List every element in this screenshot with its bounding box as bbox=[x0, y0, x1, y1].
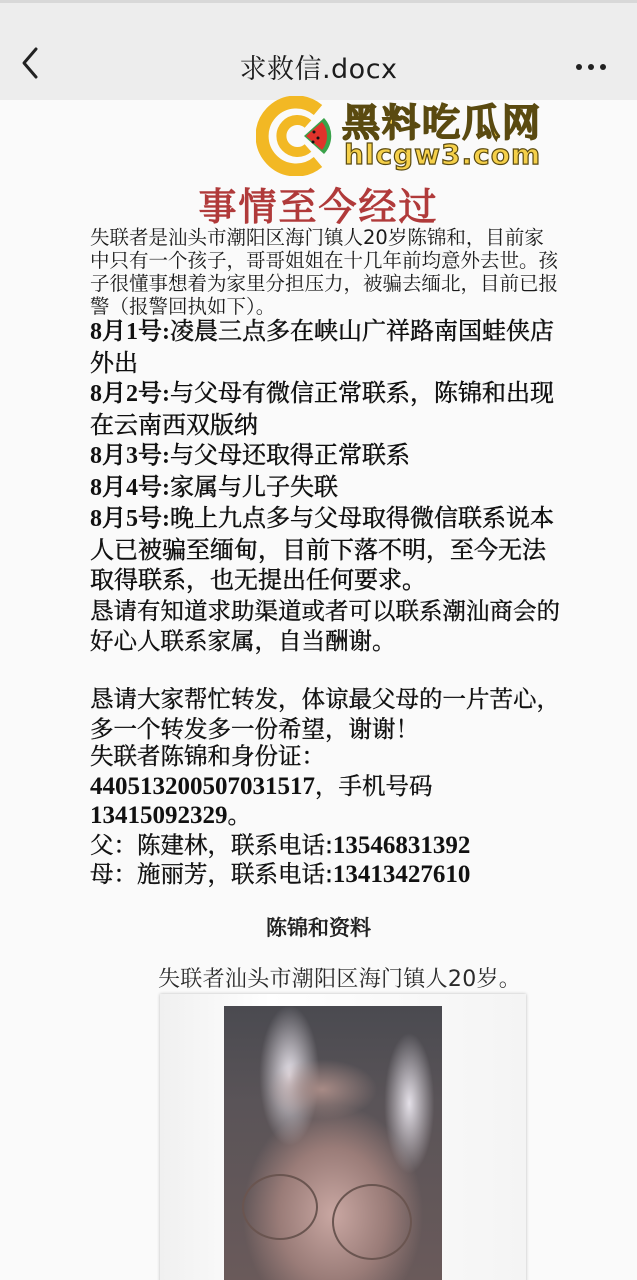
phone-line: 13415092329。 bbox=[90, 801, 570, 831]
watermelon-logo-icon bbox=[256, 96, 336, 176]
document-title: 求救信.docx bbox=[0, 47, 637, 86]
missing-person-phone: 13415092329 bbox=[90, 802, 228, 829]
photo-frame bbox=[160, 994, 526, 1280]
timeline: 8月1号:凌晨三点多在峡山广祥路南国蛙侠店外出 8月2号:与父母有微信正常联系，… bbox=[90, 316, 560, 596]
document-heading: 事情至今经过 bbox=[0, 176, 637, 231]
glasses-right bbox=[332, 1184, 412, 1260]
missing-person-photo bbox=[224, 1006, 442, 1280]
more-options-button[interactable] bbox=[573, 55, 613, 75]
timeline-item: 8月3号:与父母还取得正常联系 bbox=[90, 440, 560, 472]
top-navigation-bar: 求救信.docx bbox=[0, 0, 637, 100]
watermark: 黑料吃瓜网 hlcgw3.com bbox=[256, 92, 556, 180]
more-dots-icon bbox=[576, 64, 582, 70]
contact-info: 失联者陈锦和身份证： 440513200507031517，手机号码 13415… bbox=[90, 742, 570, 890]
appeal-paragraph-2: 恳请大家帮忙转发，体谅最父母的一片苦心，多一个转发多一份希望，谢谢！ bbox=[90, 684, 560, 744]
timeline-item: 8月1号:凌晨三点多在峡山广祥路南国蛙侠店外出 bbox=[90, 316, 560, 378]
appeal-paragraph-1: 恳请有知道求助渠道或者可以联系潮汕商会的好心人联系家属，自当酬谢。 bbox=[90, 596, 560, 656]
timeline-item: 8月4号:家属与儿子失联 bbox=[90, 472, 560, 504]
profile-caption: 失联者汕头市潮阳区海门镇人20岁。 bbox=[158, 962, 538, 993]
id-label: 失联者陈锦和身份证： bbox=[90, 742, 570, 772]
id-line: 440513200507031517，手机号码 bbox=[90, 772, 570, 802]
timeline-item: 8月2号:与父母有微信正常联系，陈锦和出现在云南西双版纳 bbox=[90, 378, 560, 440]
id-number: 440513200507031517 bbox=[90, 773, 315, 800]
intro-paragraph: 失联者是汕头市潮阳区海门镇人20岁陈锦和，目前家中只有一个孩子，哥哥姐姐在十几年… bbox=[90, 226, 560, 318]
father-contact: 父：陈建林，联系电话:13546831392 bbox=[90, 831, 570, 861]
timeline-item: 8月5号:晚上九点多与父母取得微信联系说本人已被骗至缅甸，目前下落不明，至今无法… bbox=[90, 503, 560, 596]
mother-phone: 13413427610 bbox=[333, 861, 471, 888]
profile-title: 陈锦和资料 bbox=[0, 912, 637, 942]
more-dots-icon bbox=[600, 64, 606, 70]
father-phone: 13546831392 bbox=[333, 832, 471, 859]
more-dots-icon bbox=[588, 64, 594, 70]
mother-contact: 母：施丽芳，联系电话:13413427610 bbox=[90, 860, 570, 890]
watermark-url: hlcgw3.com bbox=[344, 138, 541, 171]
glasses-left bbox=[242, 1174, 318, 1240]
